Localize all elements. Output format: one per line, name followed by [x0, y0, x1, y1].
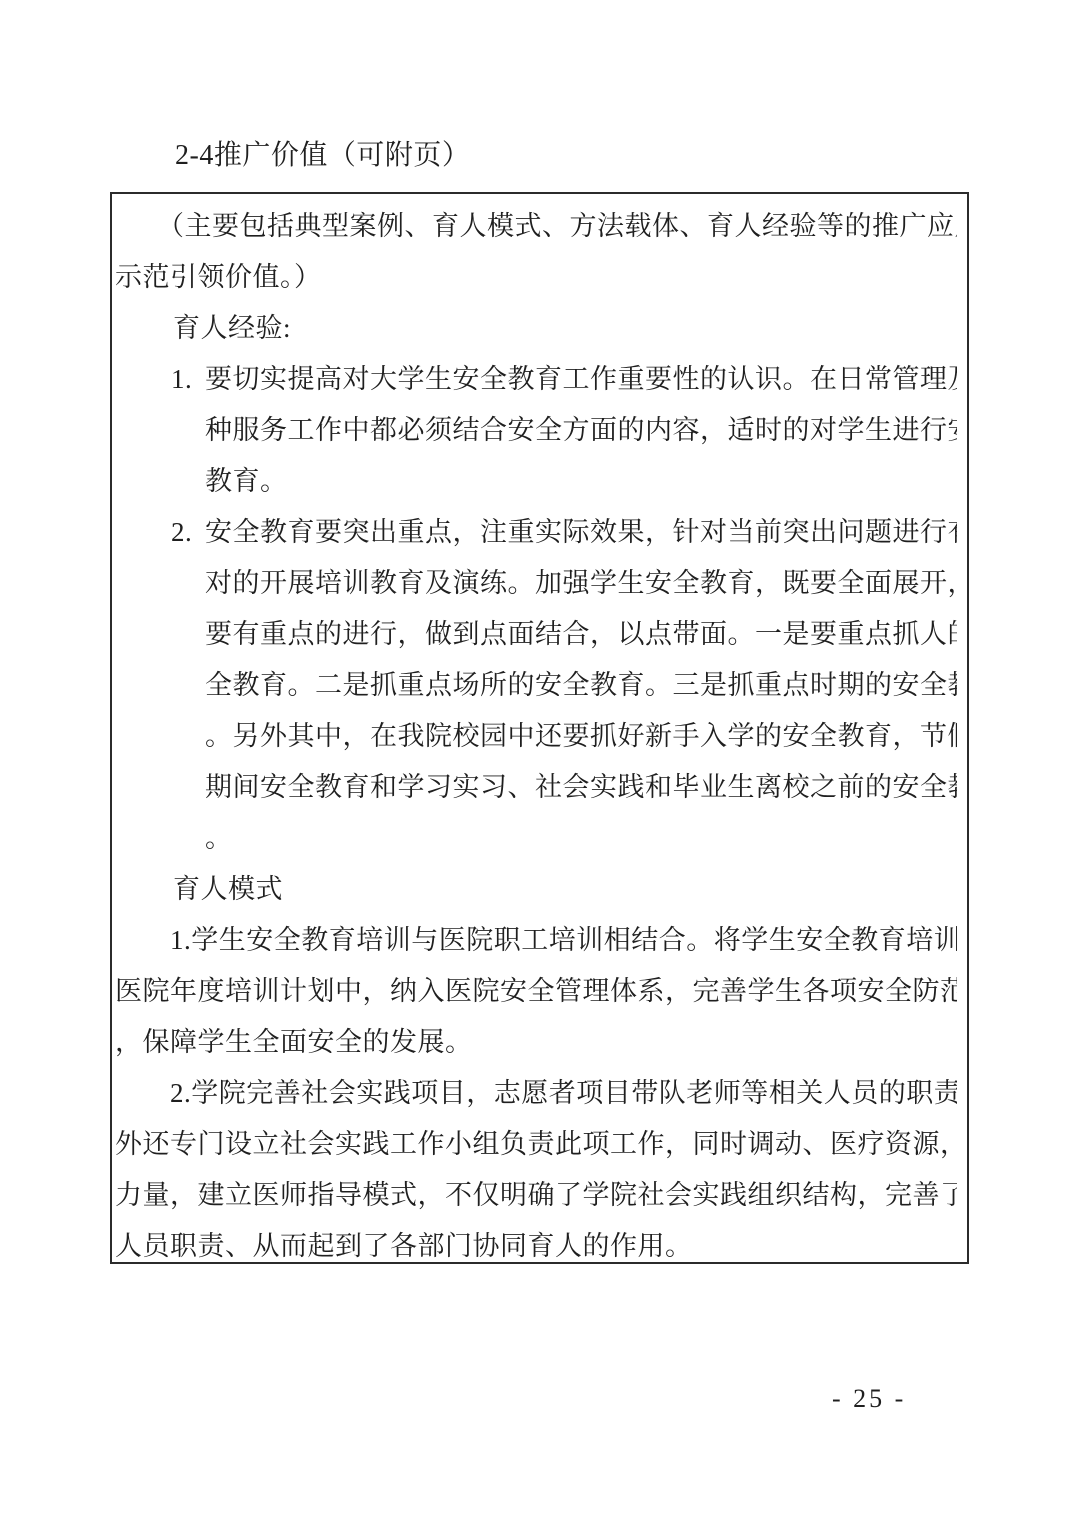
list-number: 1.: [171, 354, 192, 405]
page-number: - 25 -: [832, 1383, 906, 1415]
text-line: 人员职责、从而起到了各部门协同育人的作用。: [115, 1221, 957, 1272]
model-heading: 育人模式: [115, 864, 957, 915]
text-line: 要切实提高对大学生安全教育工作重要性的认识。在日常管理及各: [115, 354, 957, 405]
intro-paragraph: （主要包括典型案例、育人模式、方法载体、育人经验等的推广应用、示范引领价值。）: [115, 201, 957, 303]
list-item: 1.要切实提高对大学生安全教育工作重要性的认识。在日常管理及各种服务工作中都必须…: [115, 354, 957, 507]
text-line: 。: [115, 813, 957, 864]
text-line: 种服务工作中都必须结合安全方面的内容，适时的对学生进行安全: [115, 405, 957, 456]
model-paragraphs: 1.学生安全教育培训与医院职工培训相结合。将学生安全教育培训纳入医院年度培训计划…: [115, 915, 957, 1272]
text-line: 2.学院完善社会实践项目，志愿者项目带队老师等相关人员的职责，此: [115, 1068, 957, 1119]
text-line: （主要包括典型案例、育人模式、方法载体、育人经验等的推广应用、: [115, 201, 957, 252]
document-page: 2-4推广价值（可附页） （主要包括典型案例、育人模式、方法载体、育人经验等的推…: [0, 0, 1080, 1526]
text-line: 外还专门设立社会实践工作小组负责此项工作，同时调动、医疗资源，师资: [115, 1119, 957, 1170]
text-line: 教育。: [115, 456, 957, 507]
text-line: 示范引领价值。）: [115, 252, 957, 303]
text-line: 医院年度培训计划中，纳入医院安全管理体系，完善学生各项安全防范意识: [115, 966, 957, 1017]
text-line: 1.学生安全教育培训与医院职工培训相结合。将学生安全教育培训纳入: [115, 915, 957, 966]
text-line: 对的开展培训教育及演练。加强学生安全教育，既要全面展开，更: [115, 558, 957, 609]
text-line: 要有重点的进行，做到点面结合，以点带面。一是要重点抓人的安: [115, 609, 957, 660]
body-paragraph: 1.学生安全教育培训与医院职工培训相结合。将学生安全教育培训纳入医院年度培训计划…: [115, 915, 957, 1068]
list-item: 2.安全教育要突出重点，注重实际效果，针对当前突出问题进行有针对的开展培训教育及…: [115, 507, 957, 864]
body-paragraph: 2.学院完善社会实践项目，志愿者项目带队老师等相关人员的职责，此外还专门设立社会…: [115, 1068, 957, 1272]
experience-list: 1.要切实提高对大学生安全教育工作重要性的认识。在日常管理及各种服务工作中都必须…: [115, 354, 957, 864]
text-line: 。另外其中，在我院校园中还要抓好新手入学的安全教育，节假日: [115, 711, 957, 762]
text-line: ，保障学生全面安全的发展。: [115, 1017, 957, 1068]
section-title: 2-4推广价值（可附页）: [175, 138, 470, 174]
text-line: 安全教育要突出重点，注重实际效果，针对当前突出问题进行有针: [115, 507, 957, 558]
text-line: 期间安全教育和学习实习、社会实践和毕业生离校之前的安全教育: [115, 762, 957, 813]
list-number: 2.: [171, 507, 192, 558]
text-line: 力量，建立医师指导模式，不仅明确了学院社会实践组织结构，完善了相关: [115, 1170, 957, 1221]
experience-heading: 育人经验:: [115, 303, 957, 354]
text-line: 全教育。二是抓重点场所的安全教育。三是抓重点时期的安全教育: [115, 660, 957, 711]
content-box: （主要包括典型案例、育人模式、方法载体、育人经验等的推广应用、示范引领价值。） …: [110, 192, 969, 1264]
